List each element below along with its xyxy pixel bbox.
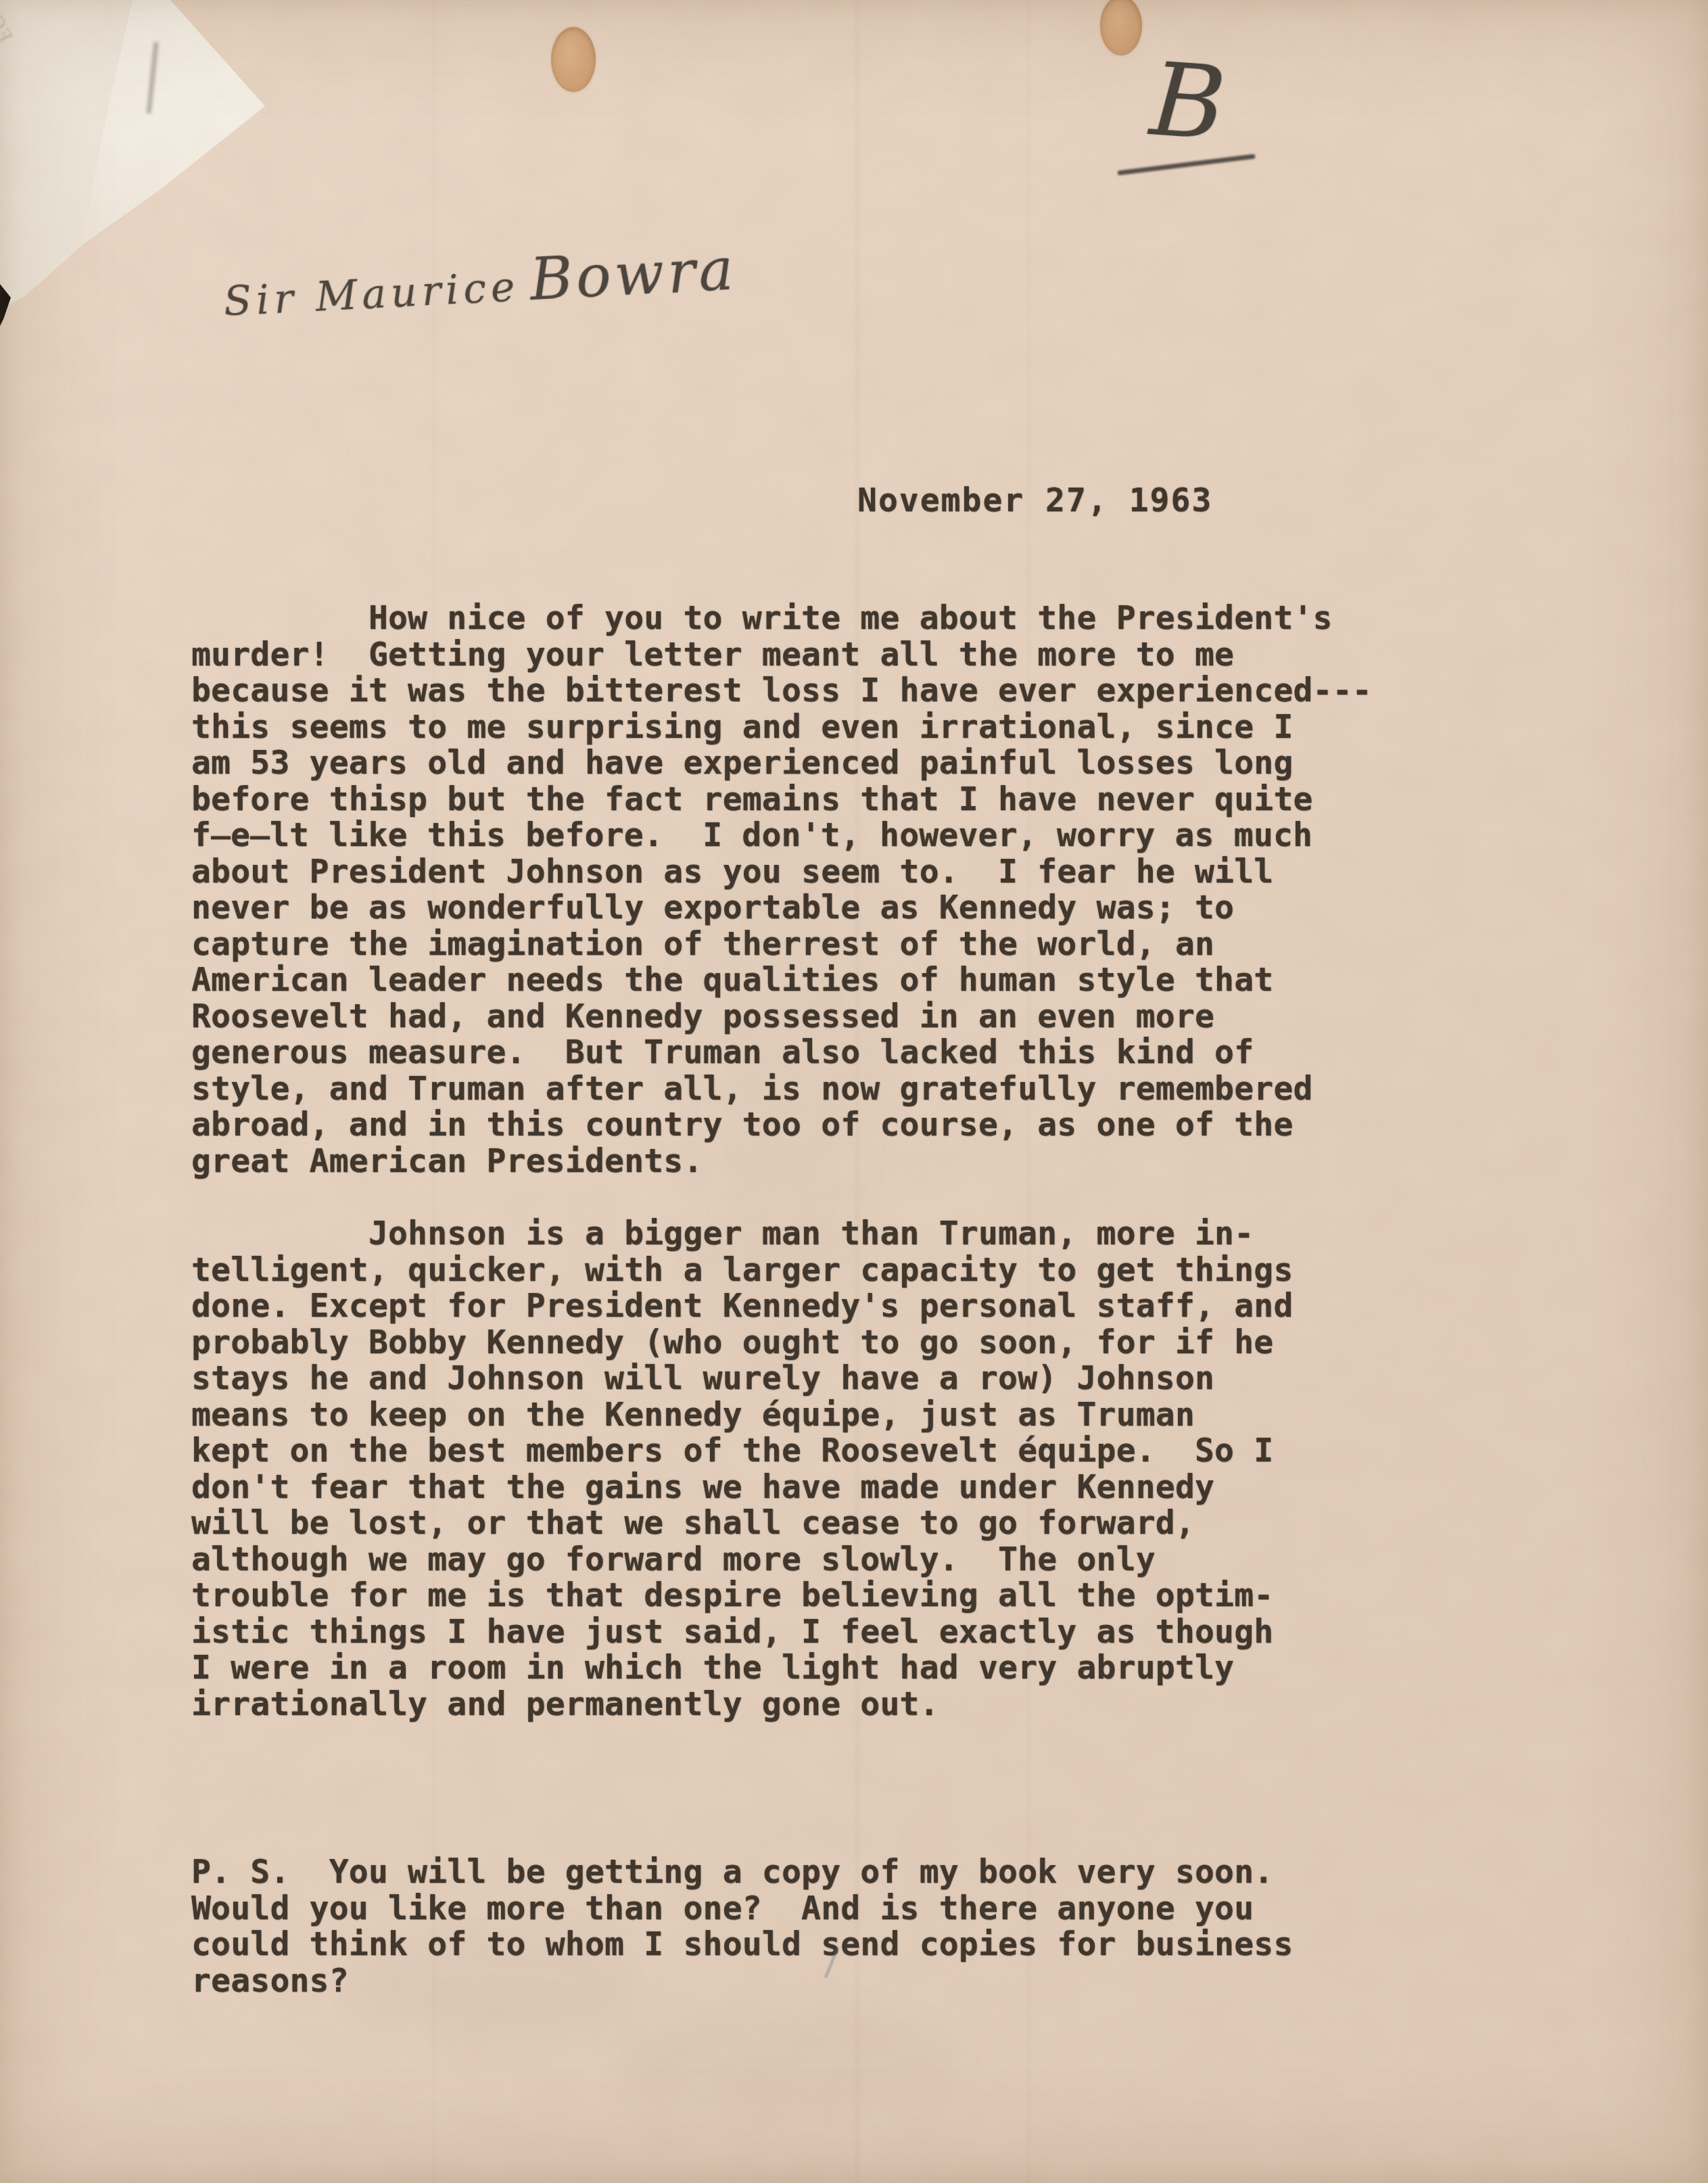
- letter-postscript: P. S. You will be getting a copy of my b…: [191, 1854, 1294, 1999]
- handwritten-initial-b: B: [1147, 49, 1229, 155]
- handwritten-recipient-name: Sir MauriceBowra: [222, 235, 738, 330]
- fold-ghost-text: FOR TELEPHONE: [0, 0, 18, 55]
- letter-paragraph-2: Johnson is a bigger man than Truman, mor…: [191, 1216, 1294, 1722]
- letter-paragraph-1: How nice of you to write me about the Pr…: [191, 601, 1372, 1179]
- handwritten-recipient-prefix: Sir Maurice: [222, 263, 521, 326]
- handwritten-recipient-surname: Bowra: [528, 235, 738, 314]
- punch-hole-right: [1100, 0, 1142, 55]
- letter-page: FOR TELEPHONE B Sir MauriceBowra Novembe…: [0, 0, 1708, 2183]
- fold-ghost-line1: FOR: [0, 0, 18, 45]
- letter-date: November 27, 1963: [857, 482, 1212, 519]
- paper-stain: [609, 2009, 960, 2110]
- punch-hole-left: [551, 27, 596, 92]
